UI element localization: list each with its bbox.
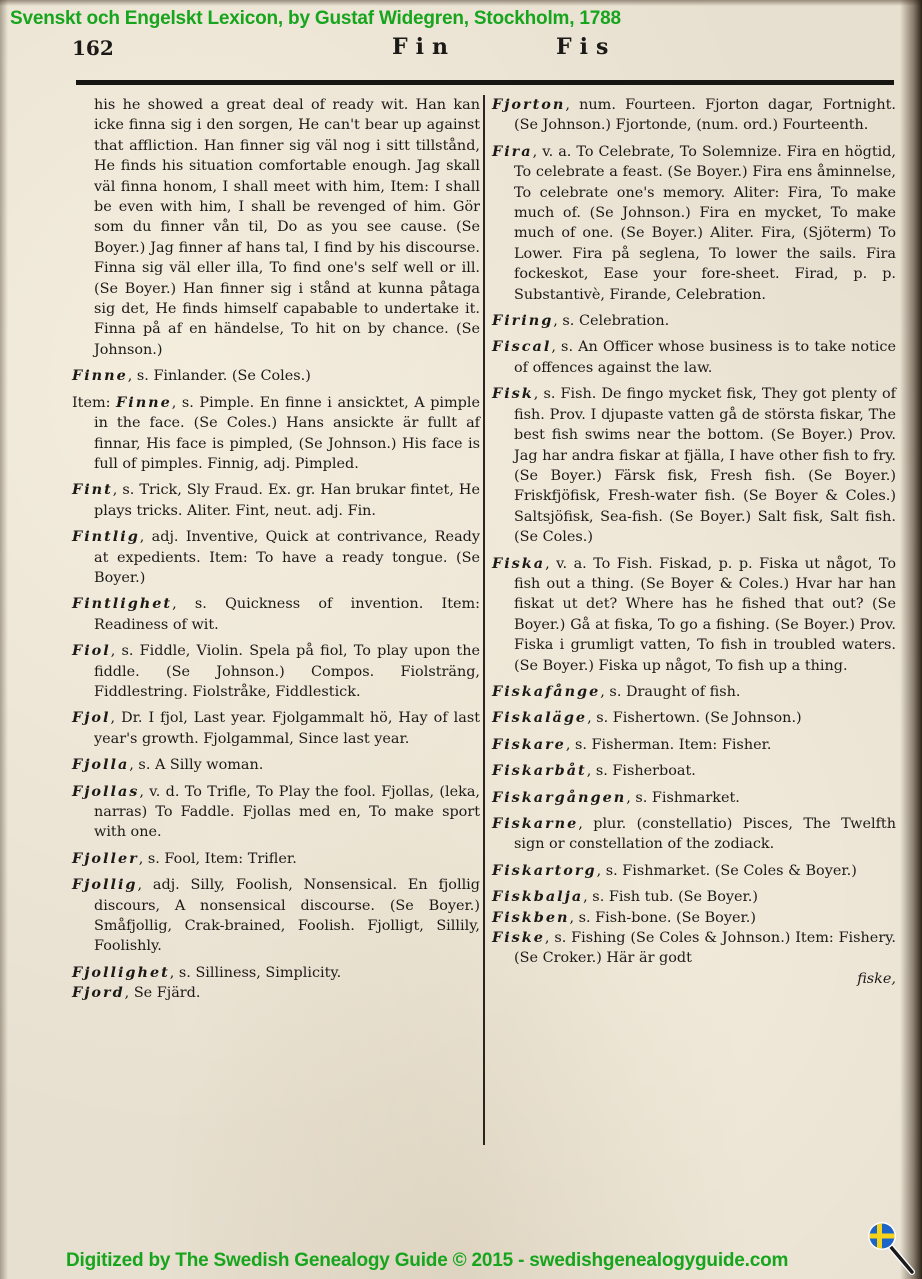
headword: Finne <box>116 394 172 411</box>
dictionary-entry: Fjorton, num. Fourteen. Fjorton dagar, F… <box>492 95 896 136</box>
headword: Fiol <box>72 642 111 659</box>
headword: Fiscal <box>492 338 551 355</box>
dictionary-entry: Fira, v. a. To Celebrate, To Solemnize. … <box>492 142 896 305</box>
headword: Fjord <box>72 984 125 1001</box>
dictionary-entry-continuation: fiske, <box>492 969 896 989</box>
dictionary-entry: Fjollig, adj. Silly, Foolish, Nonsensica… <box>72 875 480 957</box>
dictionary-entry: Item: Finne, s. Pimple. En finne i ansic… <box>72 393 480 475</box>
book-title-watermark: Svenskt och Engelskt Lexicon, by Gustaf … <box>10 8 621 30</box>
dictionary-entry: Fiskargången, s. Fishmarket. <box>492 788 896 808</box>
dictionary-entry: Fiskbalja, s. Fish tub. (Se Boyer.) <box>492 887 896 907</box>
dictionary-entry: Fjoller, s. Fool, Item: Trifler. <box>72 849 480 869</box>
headword: Fiskben <box>492 909 569 926</box>
dictionary-entry: Fjord, Se Fjärd. <box>72 983 480 1003</box>
dictionary-entry: Fiskafånge, s. Draught of fish. <box>492 682 896 702</box>
headword: Fjollas <box>72 783 139 800</box>
headword: Fjolla <box>72 756 129 773</box>
headword: Fira <box>492 143 533 160</box>
right-column: Fjorton, num. Fourteen. Fjorton dagar, F… <box>492 95 896 995</box>
dictionary-entry: Fjolla, s. A Silly woman. <box>72 755 480 775</box>
dictionary-entry: Fintlig, adj. Inventive, Quick at contri… <box>72 527 480 588</box>
swedish-flag-magnifier-icon <box>866 1220 918 1276</box>
dictionary-entry: Fiskartorg, s. Fishmarket. (Se Coles & B… <box>492 861 896 881</box>
dictionary-entry: Fiske, s. Fishing (Se Coles & Johnson.) … <box>492 928 896 969</box>
dictionary-entry: Fjollighet, s. Silliness, Simplicity. <box>72 963 480 983</box>
headword: Fiske <box>492 929 545 946</box>
dictionary-entry: Fintlighet, s. Quickness of invention. I… <box>72 594 480 635</box>
dictionary-entry: Fiskaläge, s. Fishertown. (Se Johnson.) <box>492 708 896 728</box>
headword: Fiskargången <box>492 789 626 806</box>
headword: Fiskarne <box>492 815 578 832</box>
headword: Fjoller <box>72 850 139 867</box>
dictionary-entry: Fiskarbåt, s. Fisherboat. <box>492 761 896 781</box>
column-divider <box>483 95 485 1145</box>
dictionary-entry: Fiscal, s. An Officer whose business is … <box>492 337 896 378</box>
headword: Fjollig <box>72 876 138 893</box>
dictionary-entry: his he showed a great deal of ready wit.… <box>72 95 480 360</box>
page-edge-top <box>0 0 922 6</box>
running-head-right: Fis <box>556 34 616 60</box>
left-column: his he showed a great deal of ready wit.… <box>72 95 480 1010</box>
dictionary-entry: Fiol, s. Fiddle, Violin. Spela på fiol, … <box>72 641 480 702</box>
page-number: 162 <box>72 36 114 60</box>
headword: Fiskarbåt <box>492 762 587 779</box>
dictionary-entry: Fiskben, s. Fish-bone. (Se Boyer.) <box>492 908 896 928</box>
header-rule <box>76 80 894 85</box>
dictionary-entry: Fint, s. Trick, Sly Fraud. Ex. gr. Han b… <box>72 480 480 521</box>
headword: Fintlighet <box>72 595 172 612</box>
dictionary-entry: Fjol, Dr. I fjol, Last year. Fjolgammalt… <box>72 708 480 749</box>
headword: Fiskbalja <box>492 888 583 905</box>
headword: Fiskartorg <box>492 862 597 879</box>
headword: Fjollighet <box>72 964 170 981</box>
headword: Fisk <box>492 385 534 402</box>
headword: Fiskafånge <box>492 683 600 700</box>
headword: Fjol <box>72 709 111 726</box>
headword: Fiskaläge <box>492 709 587 726</box>
dictionary-entry: Firing, s. Celebration. <box>492 311 896 331</box>
headword: Firing <box>492 312 553 329</box>
headword: Fint <box>72 481 113 498</box>
headword: Fiskare <box>492 736 566 753</box>
dictionary-entry: Fiskare, s. Fisherman. Item: Fisher. <box>492 735 896 755</box>
dictionary-entry: Fiska, v. a. To Fish. Fiskad, p. p. Fisk… <box>492 554 896 676</box>
page-edge-right <box>900 0 922 1279</box>
running-head-left: Fin <box>392 34 456 60</box>
dictionary-entry: Finne, s. Finlander. (Se Coles.) <box>72 366 480 386</box>
headword: Fintlig <box>72 528 140 545</box>
dictionary-entry: Fisk, s. Fish. De fingo mycket fisk, The… <box>492 384 896 547</box>
headword: Fiska <box>492 555 545 572</box>
headword: Finne <box>72 367 128 384</box>
dictionary-entry: Fjollas, v. d. To Trifle, To Play the fo… <box>72 782 480 843</box>
dictionary-entry: Fiskarne, plur. (constellatio) Pisces, T… <box>492 814 896 855</box>
headword: Fjorton <box>492 96 565 113</box>
digitized-by-watermark: Digitized by The Swedish Genealogy Guide… <box>66 1250 788 1272</box>
page-edge-left <box>0 0 8 1279</box>
